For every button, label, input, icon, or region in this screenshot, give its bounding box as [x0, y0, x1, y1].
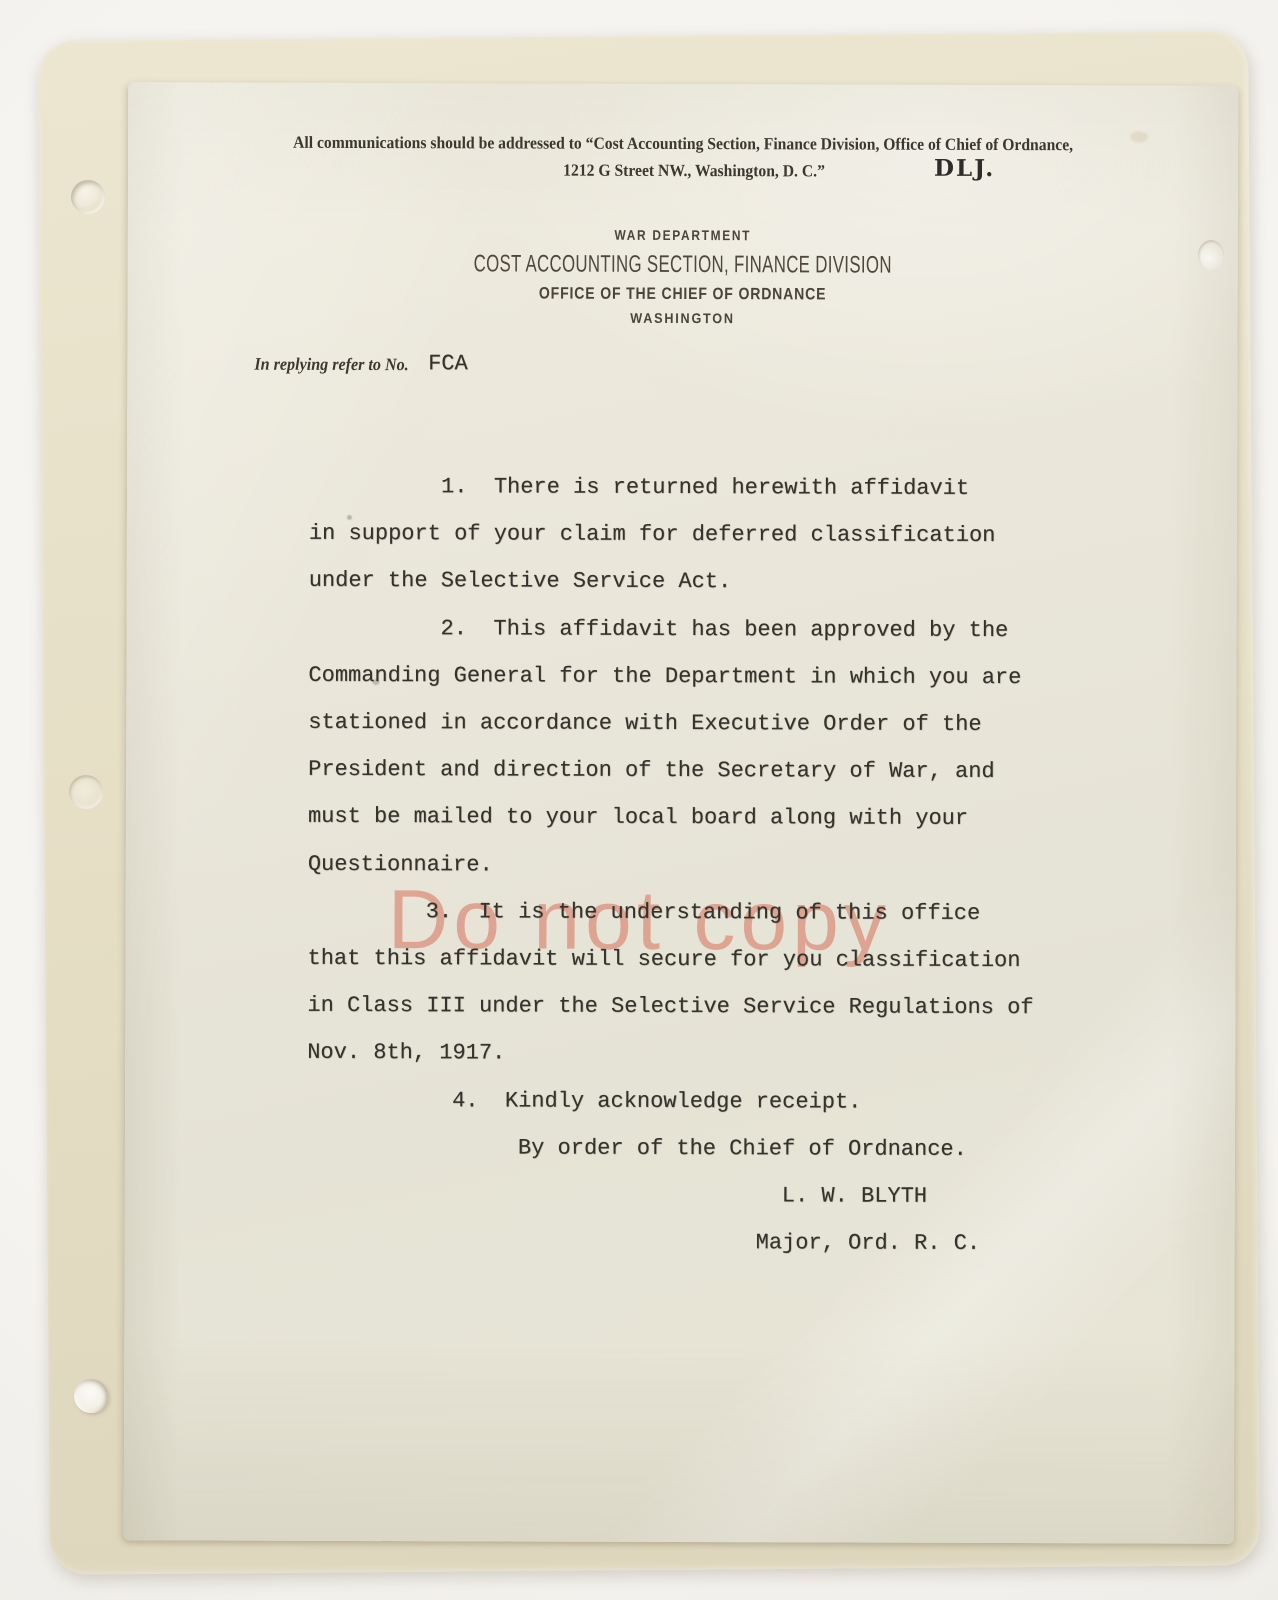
body-line: Nov. 8th, 1917.	[307, 1029, 1187, 1079]
punch-hole-top	[71, 180, 105, 214]
address-line-1: All communications should be addressed t…	[172, 128, 1193, 158]
reference-label: In replying refer to No.	[254, 354, 408, 375]
letter-body: 1. There is returned herewith affidavit …	[307, 463, 1190, 1268]
body-line: 2. This affidavit has been approved by t…	[441, 605, 1189, 655]
body-line: 1. There is returned herewith affidavit	[441, 463, 1189, 513]
body-line: in support of your claim for deferred cl…	[309, 510, 1189, 560]
stamp-initials: DLJ.	[934, 155, 995, 182]
punch-hole-middle	[69, 775, 103, 809]
body-line: that this affidavit will secure for you …	[307, 935, 1187, 985]
address-block: All communications should be addressed t…	[172, 128, 1193, 185]
body-line: Questionnaire.	[308, 840, 1188, 890]
body-line: stationed in accordance with Executive O…	[308, 699, 1188, 749]
body-line: under the Selective Service Act.	[309, 557, 1189, 607]
body-line: must be mailed to your local board along…	[308, 793, 1188, 843]
letterhead-department: WAR DEPARTMENT	[211, 226, 1155, 245]
signature-rank: Major, Ord. R. C.	[756, 1219, 1187, 1268]
letter-document: All communications should be addressed t…	[124, 82, 1239, 1543]
signature-name: L. W. BLYTH	[782, 1172, 1187, 1220]
address-line-2: 1212 G Street NW., Washington, D. C.”	[183, 155, 1204, 185]
letterhead-office: OFFICE OF THE CHIEF OF ORDNANCE	[211, 284, 1155, 306]
body-line: Commanding General for the Department in…	[308, 652, 1188, 702]
body-line: 4. Kindly acknowledge receipt.	[452, 1077, 1187, 1127]
reference-number: FCA	[428, 351, 468, 376]
body-line: 3. It is the understanding of this offic…	[426, 888, 1188, 938]
reference-line: In replying refer to No.FCA	[254, 351, 467, 377]
punch-hole-bottom	[74, 1379, 108, 1413]
photo-background: All communications should be addressed t…	[0, 0, 1278, 1600]
body-line: President and direction of the Secretary…	[308, 746, 1188, 796]
body-line: in Class III under the Selective Service…	[307, 982, 1187, 1032]
letterhead-section: COST ACCOUNTING SECTION, FINANCE DIVISIO…	[294, 250, 1071, 280]
body-line: By order of the Chief of Ordnance.	[518, 1124, 1187, 1173]
letterhead-city: WASHINGTON	[183, 308, 1182, 327]
right-edge-dimple	[1198, 240, 1224, 270]
